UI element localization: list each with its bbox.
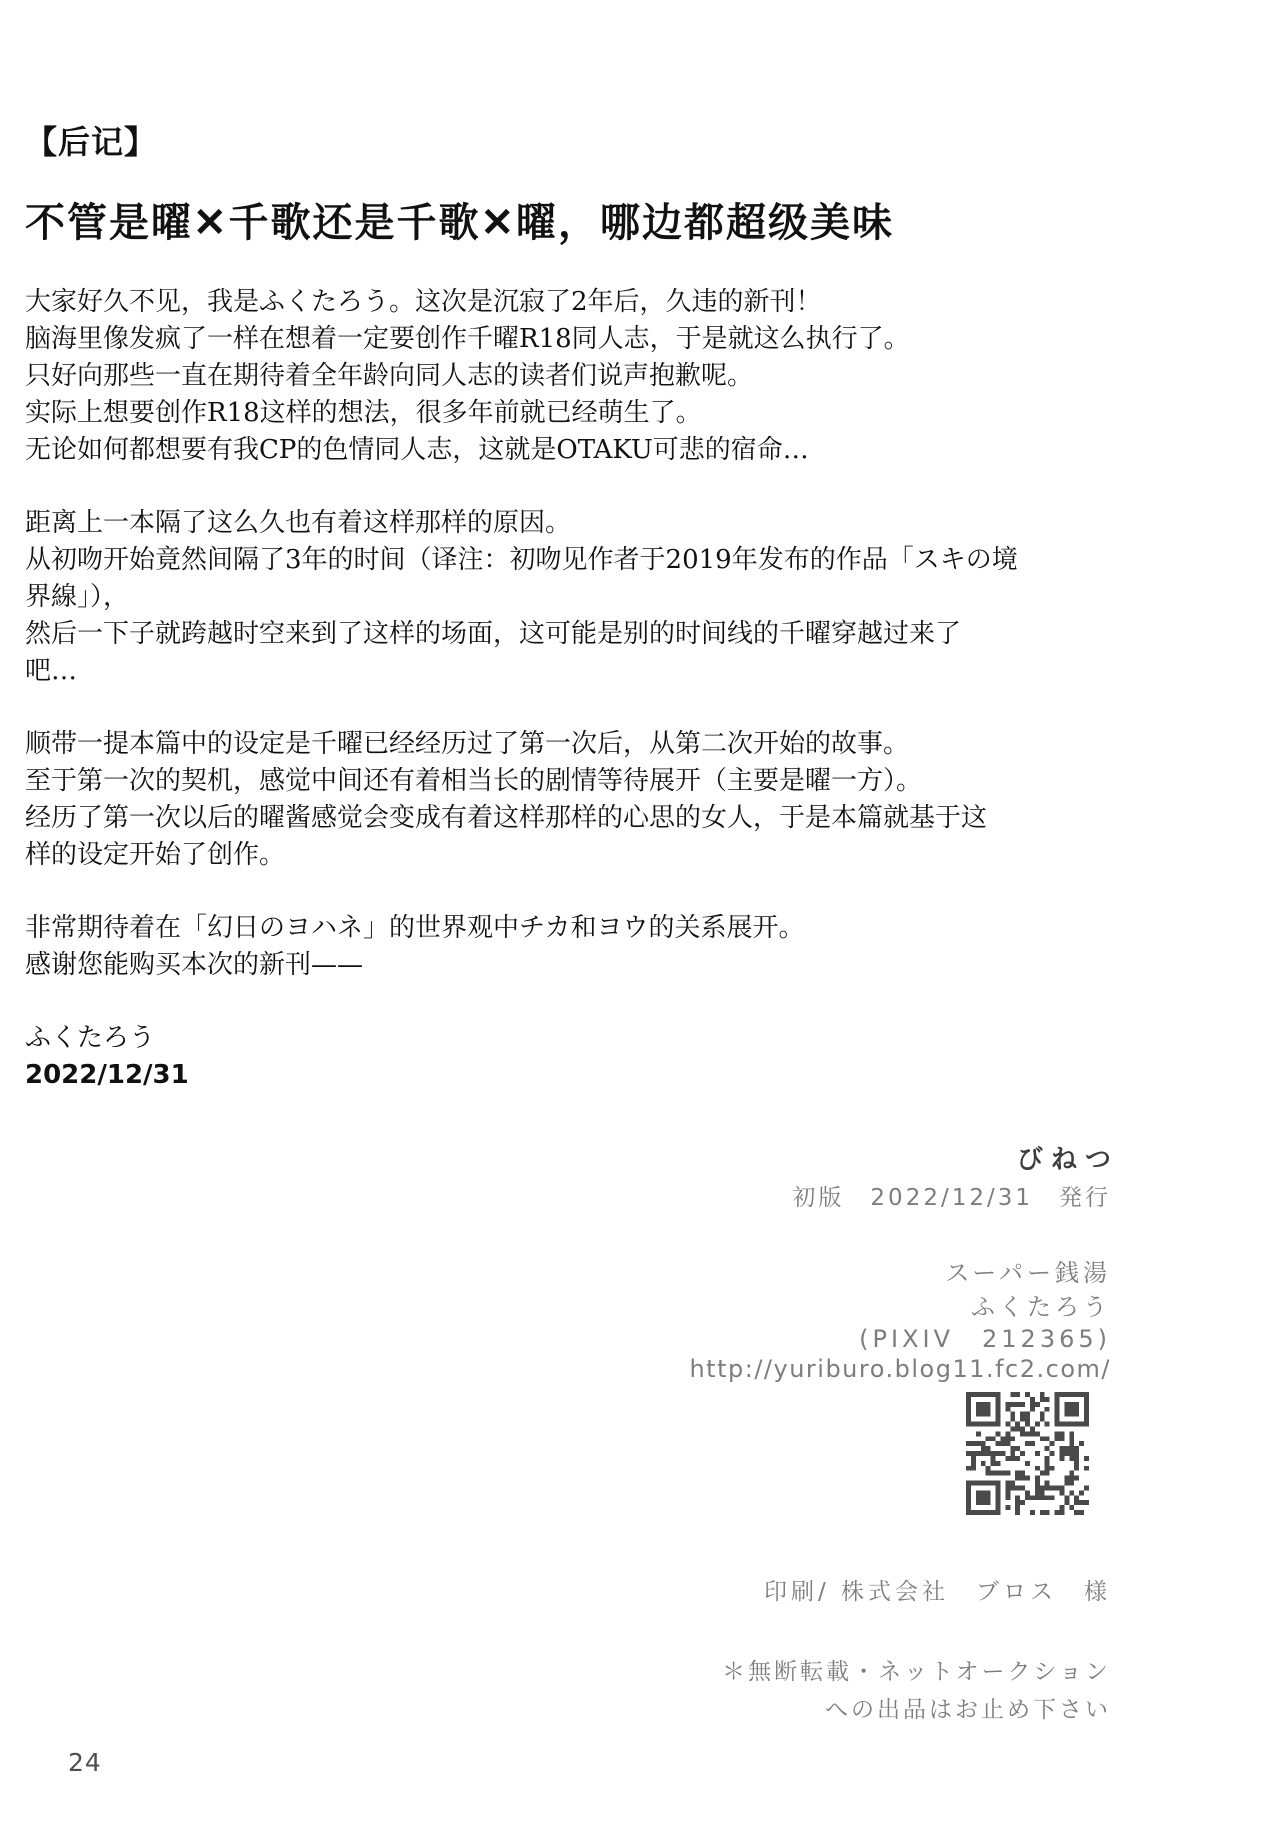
afterword-line: 吧… xyxy=(25,653,1085,690)
afterword-line: 非常期待着在「幻日のヨハネ」的世界观中チカ和ヨウ的关系展开。 xyxy=(25,910,1085,947)
afterword-line: 从初吻开始竟然间隔了3年的时间（译注：初吻见作者于2019年发布的作品「スキの境 xyxy=(25,542,1085,579)
colophon: びねつ 初版 2022/12/31 発行 スーパー銭湯 ふくたろう (PIXIV… xyxy=(689,1146,1111,1729)
paragraph-4: 非常期待着在「幻日のヨハネ」的世界观中チカ和ヨウ的关系展开。 感谢您能购买本次的… xyxy=(25,910,1085,984)
pixiv-id: (PIXIV 212365) xyxy=(689,1326,1111,1352)
printer-line: 印刷/ 株式会社 ブロス 様 xyxy=(689,1579,1111,1605)
afterword-line: 大家好久不见，我是ふくたろう。这次是沉寂了2年后，久违的新刊！ xyxy=(25,284,1085,321)
afterword-line: 无论如何都想要有我CP的色情同人志，这就是OTAKU可悲的宿命… xyxy=(25,432,1085,469)
book-title: びねつ xyxy=(689,1146,1119,1174)
afterword-line: 样的设定开始了创作。 xyxy=(25,837,1085,874)
notice-line: ＊無断転載・ネットオークション xyxy=(689,1653,1111,1691)
afterword-page: 【后记】 不管是曜✕千歌还是千歌✕曜，哪边都超级美味 大家好久不见，我是ふくたろ… xyxy=(0,0,1280,1842)
notice-line: への出品はお止め下さい xyxy=(689,1691,1111,1729)
signature-date: 2022/12/31 xyxy=(25,1057,1085,1094)
afterword-line: 实际上想要创作R18这样的想法，很多年前就已经萌生了。 xyxy=(25,395,1085,432)
reproduction-notice: ＊無断転載・ネットオークション への出品はお止め下さい xyxy=(689,1653,1111,1729)
afterword-line: 顺带一提本篇中的设定是千曜已经经历过了第一次后，从第二次开始的故事。 xyxy=(25,726,1085,763)
circle-name: スーパー銭湯 xyxy=(689,1260,1111,1286)
paragraph-3: 顺带一提本篇中的设定是千曜已经经历过了第一次后，从第二次开始的故事。 至于第一次… xyxy=(25,726,1085,874)
page-number: 24 xyxy=(68,1748,102,1777)
colophon-author: ふくたろう xyxy=(689,1294,1111,1320)
paragraph-1: 大家好久不见，我是ふくたろう。这次是沉寂了2年后，久违的新刊！ 脑海里像发疯了一… xyxy=(25,284,1085,469)
afterword-line: 距离上一本隔了这么久也有着这样那样的原因。 xyxy=(25,505,1085,542)
edition-line: 初版 2022/12/31 発行 xyxy=(689,1184,1111,1212)
afterword-line: 经历了第一次以后的曜酱感觉会变成有着这样那样的心思的女人，于是本篇就基于这 xyxy=(25,800,1085,837)
afterword-line: 界線」）， xyxy=(25,579,1085,616)
afterword-text-block: 【后记】 不管是曜✕千歌还是千歌✕曜，哪边都超级美味 大家好久不见，我是ふくたろ… xyxy=(25,120,1085,1094)
qr-code xyxy=(966,1392,1089,1515)
website-url: http://yuriburo.blog11.fc2.com/ xyxy=(689,1356,1111,1382)
paragraph-2: 距离上一本隔了这么久也有着这样那样的原因。 从初吻开始竟然间隔了3年的时间（译注… xyxy=(25,505,1085,690)
afterword-line: 感谢您能购买本次的新刊—— xyxy=(25,947,1085,984)
afterword-line: 至于第一次的契机，感觉中间还有着相当长的剧情等待展开（主要是曜一方）。 xyxy=(25,763,1085,800)
qr-code-wrap xyxy=(689,1392,1089,1515)
section-label: 【后记】 xyxy=(25,120,1085,164)
signature: ふくたろう 2022/12/31 xyxy=(25,1020,1085,1094)
page-title: 不管是曜✕千歌还是千歌✕曜，哪边都超级美味 xyxy=(25,198,1085,248)
afterword-line: 然后一下子就跨越时空来到了这样的场面，这可能是别的时间线的千曜穿越过来了 xyxy=(25,616,1085,653)
afterword-line: 只好向那些一直在期待着全年龄向同人志的读者们说声抱歉呢。 xyxy=(25,358,1085,395)
author-name: ふくたろう xyxy=(25,1020,1085,1057)
afterword-line: 脑海里像发疯了一样在想着一定要创作千曜R18同人志，于是就这么执行了。 xyxy=(25,321,1085,358)
